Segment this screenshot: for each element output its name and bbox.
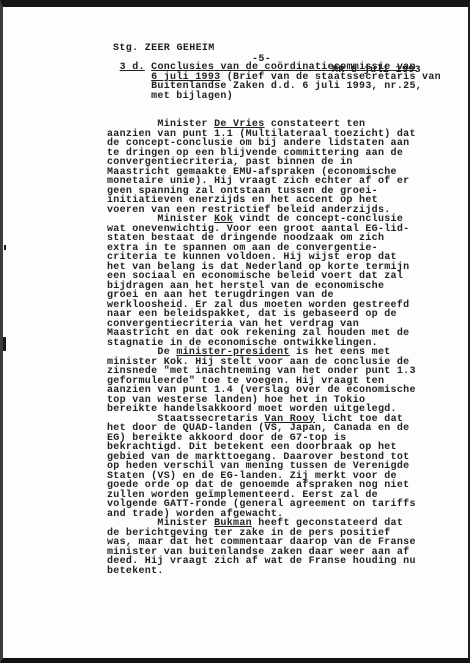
paragraph-bukman: Minister Bukman heeft geconstateerd datd… xyxy=(107,519,437,576)
document-text: 3 d. Conclusies van de coördinatiecommis… xyxy=(107,63,437,576)
scan-artifact xyxy=(3,337,6,351)
scan-artifact xyxy=(31,8,57,12)
document-page: Stg. ZEER GEHEIM -5- MR 8 juli 1993 3 d.… xyxy=(0,0,470,663)
paragraph-van-rooy: Staatssecretaris Van Rooy licht toe dath… xyxy=(107,415,437,520)
scan-artifact xyxy=(4,245,6,250)
text-line: betekent. xyxy=(107,567,437,577)
agenda-item-heading: 3 d. Conclusies van de coördinatiecommis… xyxy=(107,63,437,101)
paragraph-minister-president: De minister-president is het eens metmin… xyxy=(107,348,437,415)
text-segment: met bijlagen) xyxy=(107,91,233,102)
page-header: Stg. ZEER GEHEIM -5- MR 8 juli 1993 xyxy=(3,32,470,46)
paragraph-de-vries: Minister De Vries constateert tenaanzien… xyxy=(107,120,437,215)
scan-artifact xyxy=(301,8,311,11)
paragraph-kok: Minister Kok vindt de concept-conclusiew… xyxy=(107,215,437,348)
text-line: met bijlagen) xyxy=(107,92,437,102)
scanned-document: { "colors": { "paper": "#fdfdfb", "ink":… xyxy=(0,0,470,663)
classification-marking: Stg. ZEER GEHEIM xyxy=(113,43,215,54)
scan-artifact xyxy=(151,8,165,11)
text-segment: betekent. xyxy=(107,566,164,577)
